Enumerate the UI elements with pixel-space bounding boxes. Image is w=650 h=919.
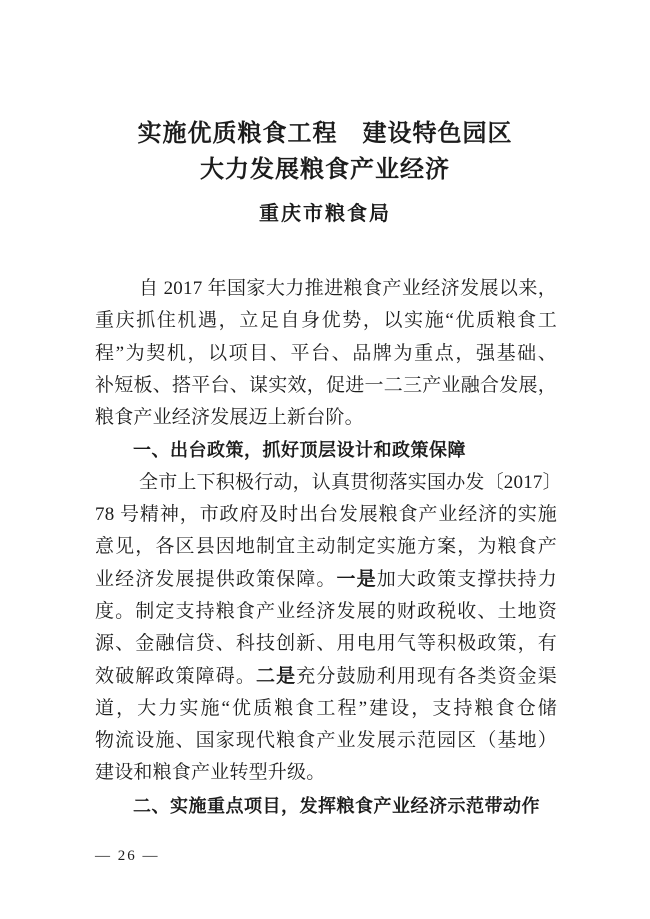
section-heading: 二、实施重点项目，发挥粮食产业经济示范带动作用	[95, 790, 557, 822]
document-author: 重庆市粮食局	[0, 200, 650, 228]
section-heading: 一、出台政策，抓好顶层设计和政策保障	[95, 434, 557, 466]
text-segment: 78 号精神，市政府及时出台发展粮食产业经济的实施	[95, 504, 557, 525]
emphasized-text: 一是	[337, 569, 377, 590]
text-segment: 加大政策支撑扶持力	[377, 569, 557, 590]
text-line: 业经济发展提供政策保障。一是加大政策支撑扶持力	[95, 564, 557, 596]
text-segment: 充分鼓励利用现有各类资金渠	[296, 666, 557, 687]
text-line: 粮食产业经济发展迈上新台阶。	[95, 402, 557, 434]
text-segment: 物流设施、国家现代粮食产业发展示范园区（基地）	[95, 730, 557, 751]
text-line: 意见，各区县因地制宜主动制定实施方案，为粮食产	[95, 531, 557, 563]
text-segment: 道，大力实施“优质粮食工程”建设，支持粮食仓储	[95, 698, 557, 719]
document-title: 实施优质粮食工程 建设特色园区 大力发展粮食产业经济	[0, 0, 650, 188]
document-title-line-1: 实施优质粮食工程 建设特色园区	[0, 116, 650, 152]
text-line: 78 号精神，市政府及时出台发展粮食产业经济的实施	[95, 499, 557, 531]
document-page: 实施优质粮食工程 建设特色园区 大力发展粮食产业经济 重庆市粮食局 自 2017…	[0, 0, 650, 919]
text-segment: 意见，各区县因地制宜主动制定实施方案，为粮食产	[95, 536, 557, 557]
text-line: 效破解政策障碍。二是充分鼓励利用现有各类资金渠	[95, 661, 557, 693]
text-segment: 程”为契机，以项目、平台、品牌为重点，强基础、	[95, 343, 557, 364]
document-title-line-2: 大力发展粮食产业经济	[0, 152, 650, 188]
text-line: 物流设施、国家现代粮食产业发展示范园区（基地）	[95, 725, 557, 757]
text-line: 补短板、搭平台、谋实效，促进一二三产业融合发展，	[95, 370, 557, 402]
text-segment: 补短板、搭平台、谋实效，促进一二三产业融合发展，	[95, 375, 557, 396]
text-line: 道，大力实施“优质粮食工程”建设，支持粮食仓储	[95, 693, 557, 725]
text-segment: 度。制定支持粮食产业经济发展的财政税收、土地资	[95, 601, 557, 622]
page-number: — 26 —	[95, 846, 650, 866]
text-line: 度。制定支持粮食产业经济发展的财政税收、土地资	[95, 596, 557, 628]
text-line: 全市上下积极行动，认真贯彻落实国办发〔2017〕	[95, 467, 557, 499]
text-line: 程”为契机，以项目、平台、品牌为重点，强基础、	[95, 338, 557, 370]
text-segment: 自 2017 年国家大力推进粮食产业经济发展以来，	[139, 278, 557, 299]
text-segment: 效破解政策障碍。	[95, 666, 256, 687]
text-line: 建设和粮食产业转型升级。	[95, 757, 557, 789]
text-line: 自 2017 年国家大力推进粮食产业经济发展以来，	[95, 273, 557, 305]
text-segment: 建设和粮食产业转型升级。	[95, 762, 325, 783]
text-segment: 重庆抓住机遇，立足自身优势，以实施“优质粮食工	[95, 310, 557, 331]
text-line: 源、金融信贷、科技创新、用电用气等积极政策，有	[95, 628, 557, 660]
text-segment: 全市上下积极行动，认真贯彻落实国办发〔2017〕	[139, 472, 557, 493]
text-segment: 粮食产业经济发展迈上新台阶。	[95, 407, 364, 428]
text-line: 重庆抓住机遇，立足自身优势，以实施“优质粮食工	[95, 305, 557, 337]
text-segment: 源、金融信贷、科技创新、用电用气等积极政策，有	[95, 633, 557, 654]
document-body: 自 2017 年国家大力推进粮食产业经济发展以来，重庆抓住机遇，立足自身优势，以…	[95, 273, 557, 822]
text-segment: 业经济发展提供政策保障。	[95, 569, 337, 590]
emphasized-text: 二是	[256, 666, 296, 687]
